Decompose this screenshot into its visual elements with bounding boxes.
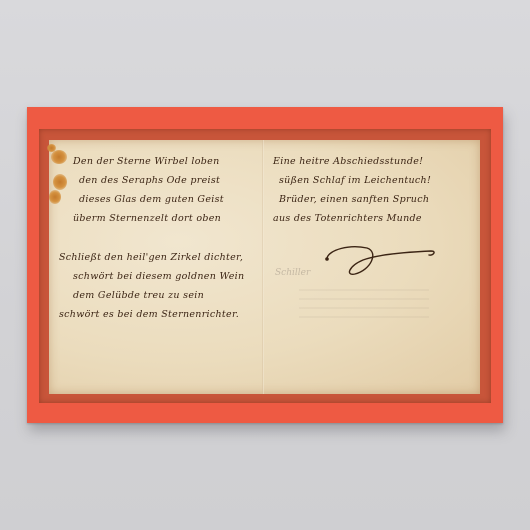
verse-line: den des Seraphs Ode preist xyxy=(73,171,224,190)
poster-mat-border: Den der Sterne Wirbel loben den des Sera… xyxy=(39,129,491,403)
verse-line: schwört bei diesem goldnen Wein xyxy=(59,267,244,286)
poster: Den der Sterne Wirbel loben den des Sera… xyxy=(27,107,503,423)
verse-line: aus des Totenrichters Munde xyxy=(273,209,431,228)
verse-line: dem Gelübde treu zu sein xyxy=(59,286,244,305)
verse-line: Schließt den heil'gen Zirkel dichter, xyxy=(59,248,244,267)
verse-line: dieses Glas dem guten Geist xyxy=(73,190,224,209)
verse-line: Brüder, einen sanften Spruch xyxy=(273,190,431,209)
verse-line: Den der Sterne Wirbel loben xyxy=(73,152,224,171)
verse-line: Eine heitre Abschiedsstunde! xyxy=(273,152,431,171)
verse-line: überm Sternenzelt dort oben xyxy=(73,209,224,228)
faint-bleed-through-text xyxy=(299,288,429,318)
ink-stain xyxy=(51,150,67,164)
left-column-stanza-2: Schließt den heil'gen Zirkel dichter, sc… xyxy=(59,248,244,324)
left-column-stanza-1: Den der Sterne Wirbel loben den des Sera… xyxy=(73,152,224,228)
manuscript-paper: Den der Sterne Wirbel loben den des Sera… xyxy=(49,140,480,394)
verse-line: schwört es bei dem Sternenrichter. xyxy=(59,305,244,324)
ink-stain xyxy=(53,174,67,190)
right-column-stanza-1: Eine heitre Abschiedsstunde! süßen Schla… xyxy=(273,152,431,228)
ink-stain xyxy=(47,144,56,152)
faint-annotation: Schiller xyxy=(275,268,310,278)
signature-flourish xyxy=(319,240,439,280)
verse-line: süßen Schlaf im Leichentuch! xyxy=(273,171,431,190)
paper-fold-line xyxy=(262,140,264,394)
ink-stain xyxy=(49,190,61,204)
